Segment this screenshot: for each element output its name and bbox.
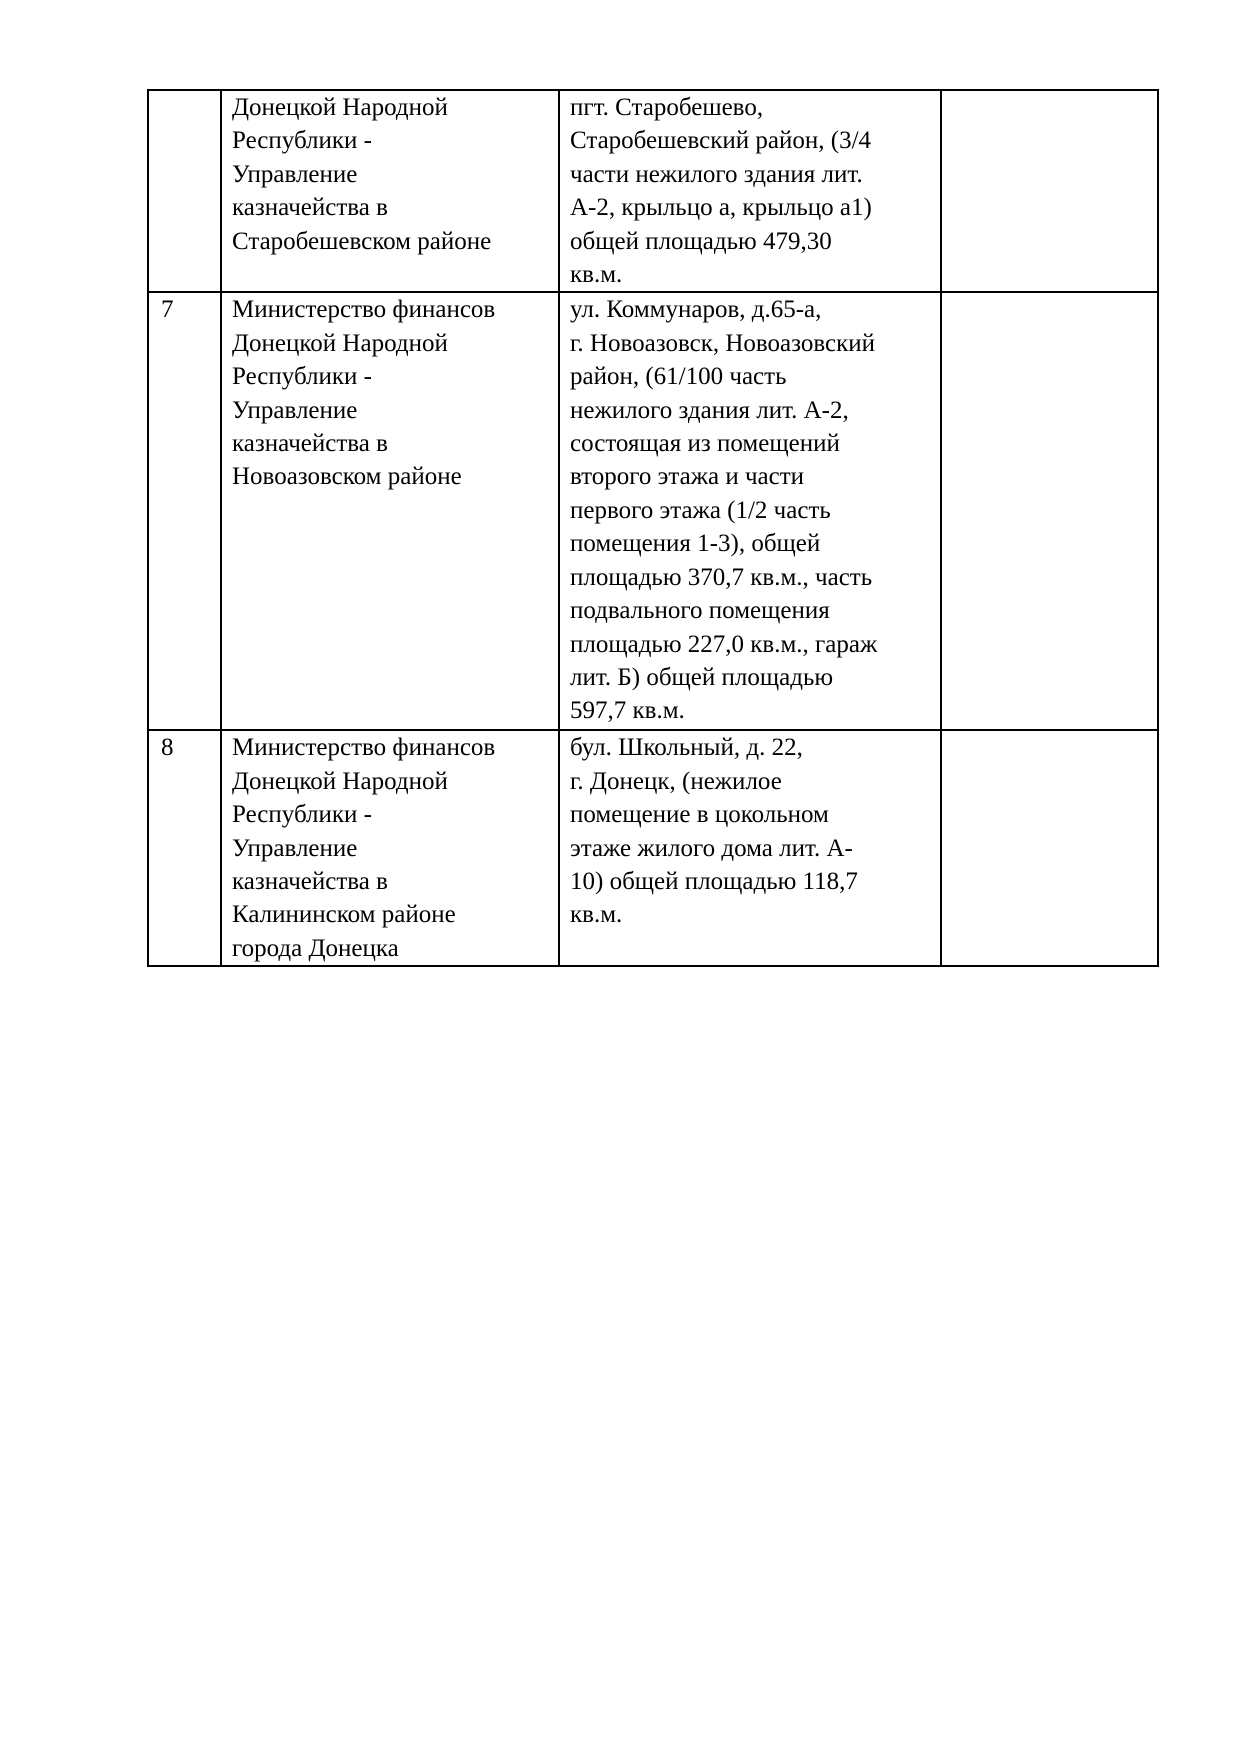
organization-cell: Донецкой Народной Республики - Управлени… [221, 90, 559, 292]
note-cell [941, 90, 1158, 292]
organization-cell: Министерство финансов Донецкой Народной … [221, 730, 559, 966]
table-row: 7 Министерство финансов Донецкой Народно… [148, 292, 1158, 730]
organization-cell: Министерство финансов Донецкой Народной … [221, 292, 559, 730]
note-cell [941, 730, 1158, 966]
property-table: Донецкой Народной Республики - Управлени… [147, 89, 1159, 967]
address-cell: пгт. Старобешево, Старобешевский район, … [559, 90, 941, 292]
table-row: 8 Министерство финансов Донецкой Народно… [148, 730, 1158, 966]
row-number-cell: 8 [148, 730, 221, 966]
row-number-cell: 7 [148, 292, 221, 730]
address-cell: ул. Коммунаров, д.65-а, г. Новоазовск, Н… [559, 292, 941, 730]
address-cell: бул. Школьный, д. 22, г. Донецк, (нежило… [559, 730, 941, 966]
note-cell [941, 292, 1158, 730]
table-row-continued: Донецкой Народной Республики - Управлени… [148, 90, 1158, 292]
row-number-cell [148, 90, 221, 292]
